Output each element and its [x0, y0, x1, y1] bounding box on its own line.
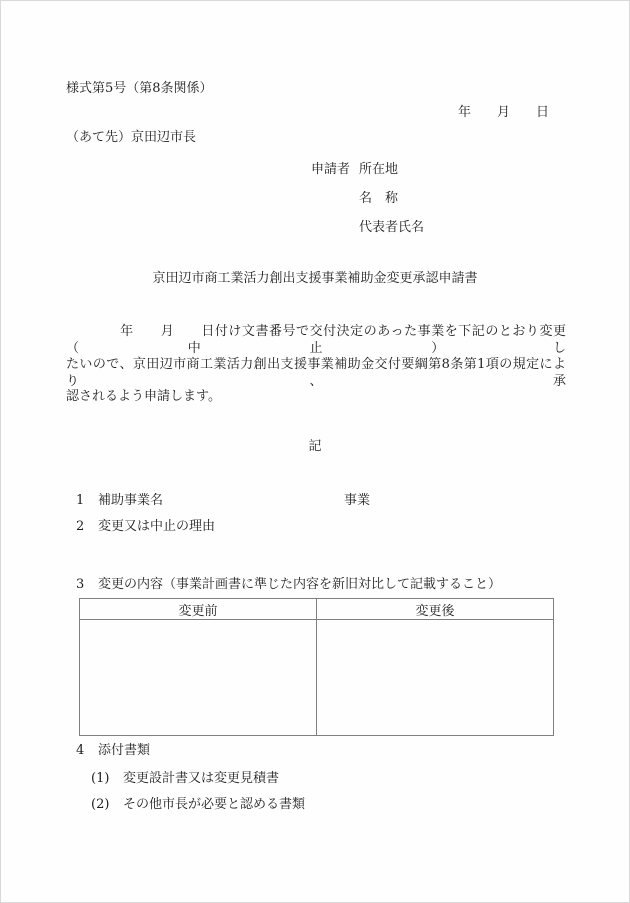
- addressee: （あて先）京田辺市長: [66, 129, 196, 146]
- document-page: 様式第5号（第8条関係） 年 月 日 （あて先）京田辺市長 申請者 所在地 名 …: [0, 0, 630, 903]
- attachment2-number: (2): [91, 796, 109, 813]
- attachment2-label: その他市長が必要と認める書類: [123, 796, 305, 813]
- body-paragraph-line3: 認されるよう申請します。: [66, 388, 566, 405]
- date-line: 年 月 日: [458, 104, 549, 121]
- item1-suffix: 事業: [344, 492, 370, 509]
- table-header-row: 変更前 変更後: [80, 599, 554, 620]
- item1-number: 1: [76, 492, 84, 509]
- applicant-label: 申請者: [311, 161, 350, 178]
- body-paragraph-line2: たいので、京田辺市商工業活力創出支援事業補助金交付要綱第8条第1項の規定により、…: [66, 356, 566, 390]
- table-header-after: 変更後: [317, 599, 554, 620]
- applicant-name-label: 名 称: [359, 190, 398, 207]
- item2-label: 変更又は中止の理由: [98, 518, 215, 535]
- item3-label: 変更の内容（事業計画書に準じた内容を新旧対比して記載すること）: [98, 576, 501, 593]
- item1-label: 補助事業名: [98, 492, 163, 509]
- applicant-representative-label: 代表者氏名: [359, 219, 424, 236]
- table-header-before: 変更前: [80, 599, 317, 620]
- record-marker: 記: [1, 438, 629, 455]
- attachment1-number: (1): [91, 770, 109, 787]
- document-title: 京田辺市商工業活力創出支援事業補助金変更承認申請書: [1, 270, 629, 287]
- body-paragraph-line1: 年 月 日付け文書番号で交付決定のあった事業を下記のとおり変更（中止）し: [66, 323, 566, 357]
- table-cell-after: [317, 620, 554, 736]
- attachment1-label: 変更設計書又は変更見積書: [123, 770, 279, 787]
- applicant-address-label: 所在地: [359, 161, 398, 178]
- item3-number: 3: [76, 576, 84, 593]
- table-cell-before: [80, 620, 317, 736]
- form-number: 様式第5号（第8条関係）: [66, 80, 213, 97]
- item4-label: 添付書類: [98, 742, 150, 759]
- change-comparison-table: 変更前 変更後: [79, 598, 554, 736]
- item4-number: 4: [76, 742, 84, 759]
- item2-number: 2: [76, 518, 84, 535]
- table-row: [80, 620, 554, 736]
